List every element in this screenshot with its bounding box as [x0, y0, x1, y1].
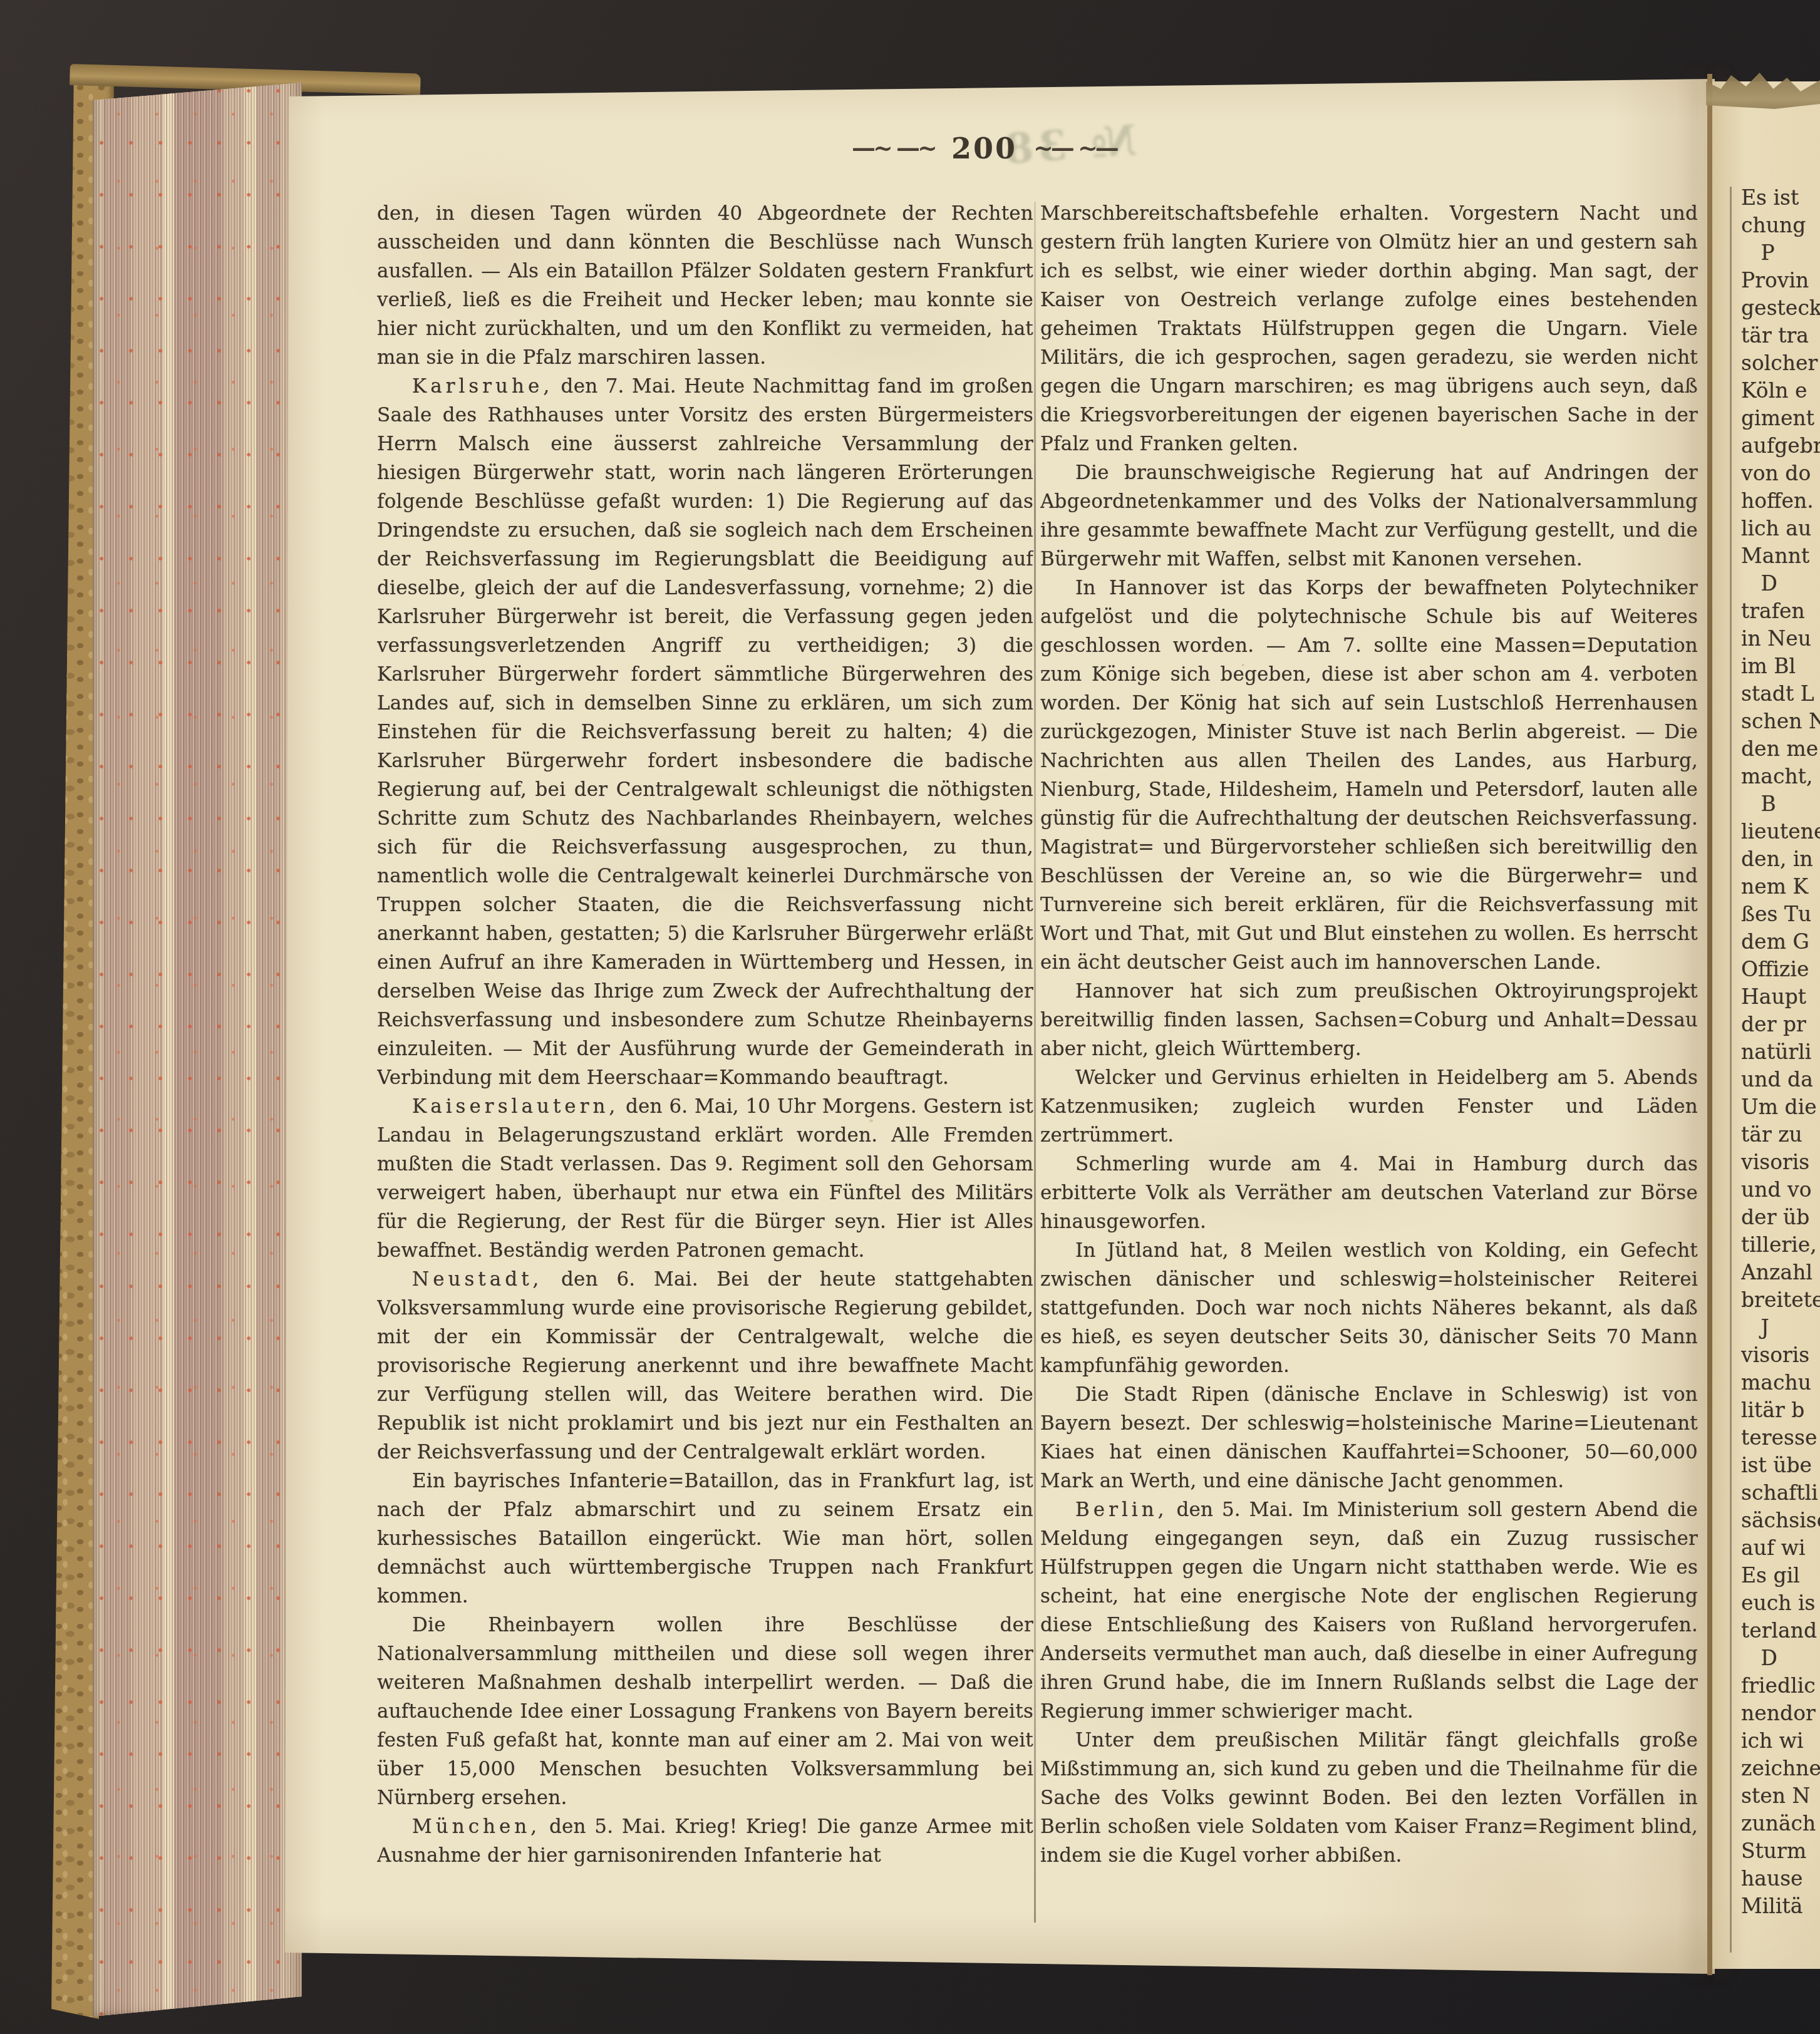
page-edge-stack [93, 73, 302, 2016]
page-header: —~ —~200~— ~— [852, 132, 1115, 165]
paragraph: München, den 5. Mai. Krieg! Krieg! Die g… [377, 1812, 1033, 1870]
column-rule [1730, 187, 1732, 1953]
column-rule [1034, 202, 1036, 1923]
page-fold-gutter [1707, 74, 1712, 1975]
paragraph: Marschbereitschaftsbefehle erhalten. Vor… [1040, 199, 1698, 458]
column-left: den, in diesen Tagen würden 40 Abgeordne… [377, 199, 1033, 1925]
paragraph: Karlsruhe, den 7. Mai. Heute Nachmittag … [377, 372, 1033, 1092]
dateline: Karlsruhe, [412, 375, 553, 398]
dateline: Neustadt, [412, 1268, 542, 1291]
paragraph: Neustadt, den 6. Mai. Bei der heute stat… [377, 1265, 1033, 1467]
paragraph: Welcker und Gervinus erhielten in Heidel… [1040, 1063, 1698, 1150]
paragraph: Ein bayrisches Infanterie=Bataillon, das… [377, 1467, 1033, 1611]
paragraph: Die Rheinbayern wollen ihre Beschlüsse d… [377, 1611, 1033, 1812]
paragraph: Schmerling wurde am 4. Mai in Hamburg du… [1040, 1150, 1698, 1236]
page-number: 200 [951, 132, 1017, 165]
partial-column-text: Es ist chung P Provin gesteckt tär tra s… [1741, 184, 1820, 1930]
paragraph: Die Stadt Ripen (dänische Enclave in Sch… [1040, 1380, 1698, 1495]
next-page-edge: Es ist chung P Provin gesteckt tär tra s… [1712, 81, 1820, 1969]
main-page: № 38 —~ —~200~— ~— den, in diesen Tagen … [285, 76, 1715, 1975]
paragraph: In Jütland hat, 8 Meilen westlich von Ko… [1040, 1236, 1698, 1380]
dateline: Kaiserslautern, [412, 1095, 619, 1118]
column-middle: Marschbereitschaftsbefehle erhalten. Vor… [1040, 199, 1698, 1925]
header-ornament-right: ~— ~— [1033, 133, 1117, 162]
paragraph: Berlin, den 5. Mai. Im Ministerium soll … [1040, 1495, 1698, 1726]
paragraph: Die braunschweigische Regierung hat auf … [1040, 458, 1698, 574]
dateline: München, [412, 1815, 540, 1838]
paragraph: In Hannover ist das Korps der bewaffnete… [1040, 574, 1698, 977]
paragraph: Unter dem preußischen Militär fängt glei… [1040, 1726, 1698, 1870]
paragraph: Kaiserslautern, den 6. Mai, 10 Uhr Morge… [377, 1092, 1033, 1265]
paragraph: den, in diesen Tagen würden 40 Abgeordne… [377, 199, 1033, 372]
dateline: Berlin, [1075, 1499, 1168, 1521]
paragraph: Hannover hat sich zum preußischen Oktroy… [1040, 977, 1698, 1063]
header-ornament-left: —~ —~ [852, 133, 935, 162]
